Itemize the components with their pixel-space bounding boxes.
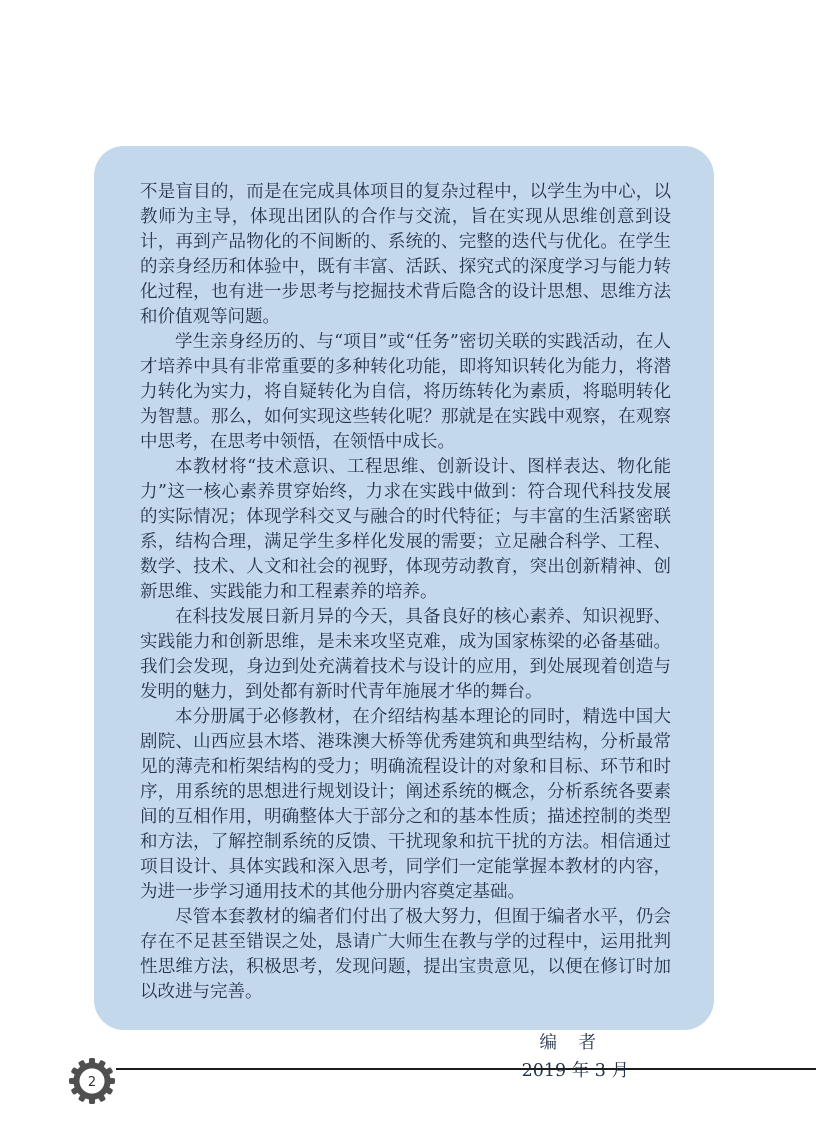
preface-paragraph: 在科技发展日新月异的今天，具备良好的核心素养、知识视野、实践能力和创新思维，是未… xyxy=(140,605,671,705)
publication-date: 2019 年 3 月 xyxy=(140,1057,671,1085)
footer-rule xyxy=(116,1068,816,1070)
preface-paragraph: 尽管本套教材的编者们付出了极大努力，但囿于编者水平，仍会存在不足甚至错误之处，恳… xyxy=(140,905,671,1005)
preface-paragraph: 本教材将“技术意识、工程思维、创新设计、图样表达、物化能力”这一核心素养贯穿始终… xyxy=(140,455,671,605)
gear-page-number-icon: 2 xyxy=(66,1055,118,1107)
page-number: 2 xyxy=(88,1075,96,1090)
preface-paragraph: 学生亲身经历的、与“项目”或“任务”密切关联的实践活动，在人才培养中具有非常重要… xyxy=(140,330,671,455)
preface-text-block: 不是盲目的，而是在完成具体项目的复杂过程中，以学生为中心，以教师为主导，体现出团… xyxy=(140,180,671,1085)
editor-signature: 编 者 xyxy=(140,1029,671,1057)
preface-paragraph: 本分册属于必修教材，在介绍结构基本理论的同时，精选中国大剧院、山西应县木塔、港珠… xyxy=(140,705,671,905)
preface-panel: 不是盲目的，而是在完成具体项目的复杂过程中，以学生为中心，以教师为主导，体现出团… xyxy=(94,146,714,1030)
signature-block: 编 者 2019 年 3 月 xyxy=(140,1029,671,1085)
preface-paragraph: 不是盲目的，而是在完成具体项目的复杂过程中，以学生为中心，以教师为主导，体现出团… xyxy=(140,180,671,330)
